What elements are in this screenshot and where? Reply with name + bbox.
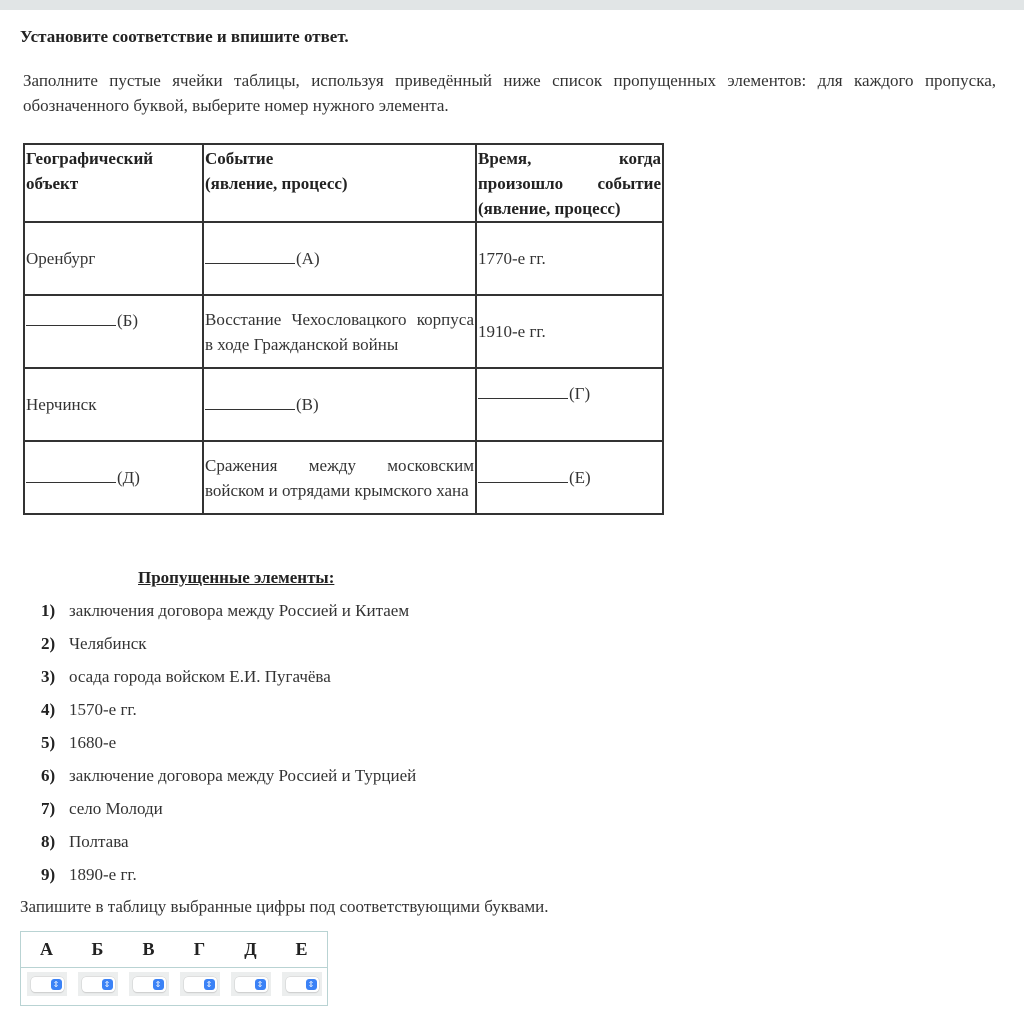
blank-line [478, 383, 568, 399]
item-text: Челябинск [69, 631, 147, 664]
answer-cell: ⇕ [276, 968, 328, 1006]
header-text: Географический [26, 149, 153, 168]
blank-line [205, 394, 295, 410]
item-number: 2) [41, 631, 69, 664]
cell-object: Нерчинск [24, 368, 203, 441]
item-number: 5) [41, 730, 69, 763]
item-text: 1570-е гг. [69, 697, 137, 730]
item-number: 8) [41, 829, 69, 862]
blank-line [26, 467, 116, 483]
answer-cell: ⇕ [21, 968, 73, 1006]
blank-letter: (Г) [569, 384, 590, 403]
header-text: Время, когда [478, 146, 661, 171]
task-intro: Заполните пустые ячейки таблицы, использ… [23, 68, 996, 118]
missing-elements-list: 1)заключения договора между Россией и Ки… [41, 598, 416, 895]
item-text: 1890-е гг. [69, 862, 137, 895]
answer-cell: ⇕ [225, 968, 276, 1006]
item-text: село Молоди [69, 796, 163, 829]
select-box[interactable]: ⇕ [133, 977, 166, 992]
cell-object-blank: (Б) [24, 295, 203, 368]
answer-letter: А [21, 932, 73, 968]
updown-arrows-icon: ⇕ [51, 979, 62, 990]
cell-event: Сражения между московским войском и отря… [203, 441, 476, 514]
blank-line [478, 467, 568, 483]
cell-event-blank: (А) [203, 222, 476, 295]
blank-letter: (В) [296, 395, 319, 414]
item-text: заключение договора между Россией и Турц… [69, 763, 416, 796]
answer-cell: ⇕ [72, 968, 123, 1006]
list-item: 2)Челябинск [41, 631, 416, 664]
item-number: 9) [41, 862, 69, 895]
select-box[interactable]: ⇕ [286, 977, 319, 992]
item-text: Полтава [69, 829, 129, 862]
header-text: (явление, процесс) [478, 199, 621, 218]
answer-letter: В [123, 932, 174, 968]
item-text: заключения договора между Россией и Кита… [69, 598, 409, 631]
item-number: 4) [41, 697, 69, 730]
task-instruction: Установите соответствие и впишите ответ. [20, 27, 349, 47]
cell-time: 1910-е гг. [476, 295, 663, 368]
answer-letter: Е [276, 932, 328, 968]
list-item: 4)1570-е гг. [41, 697, 416, 730]
answer-selects-row: ⇕ ⇕ ⇕ ⇕ ⇕ ⇕ [21, 968, 328, 1006]
answer-select-g[interactable]: ⇕ [180, 972, 220, 996]
answer-select-v[interactable]: ⇕ [129, 972, 169, 996]
answer-select-a[interactable]: ⇕ [27, 972, 67, 996]
answer-select-e[interactable]: ⇕ [282, 972, 322, 996]
answer-letters-row: А Б В Г Д Е [21, 932, 328, 968]
cell-time-blank: (Г) [476, 368, 663, 441]
blank-letter: (Е) [569, 468, 591, 487]
updown-arrows-icon: ⇕ [306, 979, 317, 990]
item-number: 3) [41, 664, 69, 697]
blank-letter: (Д) [117, 468, 140, 487]
answer-table: А Б В Г Д Е ⇕ ⇕ ⇕ ⇕ ⇕ ⇕ [20, 931, 328, 1006]
updown-arrows-icon: ⇕ [102, 979, 113, 990]
select-box[interactable]: ⇕ [82, 977, 115, 992]
updown-arrows-icon: ⇕ [255, 979, 266, 990]
header-text: объект [26, 174, 78, 193]
item-number: 6) [41, 763, 69, 796]
cell-time-blank: (Е) [476, 441, 663, 514]
cell-object-blank: (Д) [24, 441, 203, 514]
cell-event-blank: (В) [203, 368, 476, 441]
list-item: 9)1890-е гг. [41, 862, 416, 895]
list-item: 1)заключения договора между Россией и Ки… [41, 598, 416, 631]
list-item: 6)заключение договора между Россией и Ту… [41, 763, 416, 796]
header-event: Событие (явление, процесс) [203, 144, 476, 222]
table-row: (Б) Восстание Чехословацкого корпуса в х… [24, 295, 663, 368]
blank-line [26, 310, 116, 326]
cell-event: Восстание Чехословацкого корпуса в ходе … [203, 295, 476, 368]
select-box[interactable]: ⇕ [235, 977, 268, 992]
select-box[interactable]: ⇕ [31, 977, 64, 992]
select-box[interactable]: ⇕ [184, 977, 217, 992]
table-row: Оренбург (А) 1770-е гг. [24, 222, 663, 295]
table-header-row: Географический объект Событие (явление, … [24, 144, 663, 222]
list-item: 3)осада города войском Е.И. Пугачёва [41, 664, 416, 697]
answer-letter: Б [72, 932, 123, 968]
answer-cell: ⇕ [123, 968, 174, 1006]
table-row: (Д) Сражения между московским войском и … [24, 441, 663, 514]
top-bar [0, 0, 1024, 10]
item-text: осада города войском Е.И. Пугачёва [69, 664, 331, 697]
cell-time: 1770-е гг. [476, 222, 663, 295]
answer-select-d[interactable]: ⇕ [231, 972, 271, 996]
matching-table: Географический объект Событие (явление, … [23, 143, 664, 515]
list-item: 7)село Молоди [41, 796, 416, 829]
header-text: произошло событие [478, 171, 661, 196]
answer-select-b[interactable]: ⇕ [78, 972, 118, 996]
item-text: 1680-е [69, 730, 116, 763]
item-number: 7) [41, 796, 69, 829]
blank-letter: (А) [296, 249, 320, 268]
list-item: 5)1680-е [41, 730, 416, 763]
updown-arrows-icon: ⇕ [153, 979, 164, 990]
missing-elements-title: Пропущенные элементы: [138, 568, 334, 588]
header-time: Время, когда произошло событие (явление,… [476, 144, 663, 222]
answer-letter: Д [225, 932, 276, 968]
updown-arrows-icon: ⇕ [204, 979, 215, 990]
blank-letter: (Б) [117, 311, 138, 330]
answer-cell: ⇕ [174, 968, 225, 1006]
header-text: (явление, процесс) [205, 174, 348, 193]
header-text: Событие [205, 149, 273, 168]
table-row: Нерчинск (В) (Г) [24, 368, 663, 441]
header-geo-object: Географический объект [24, 144, 203, 222]
item-number: 1) [41, 598, 69, 631]
cell-object: Оренбург [24, 222, 203, 295]
answer-prompt: Запишите в таблицу выбранные цифры под с… [20, 897, 549, 917]
list-item: 8)Полтава [41, 829, 416, 862]
answer-letter: Г [174, 932, 225, 968]
blank-line [205, 248, 295, 264]
